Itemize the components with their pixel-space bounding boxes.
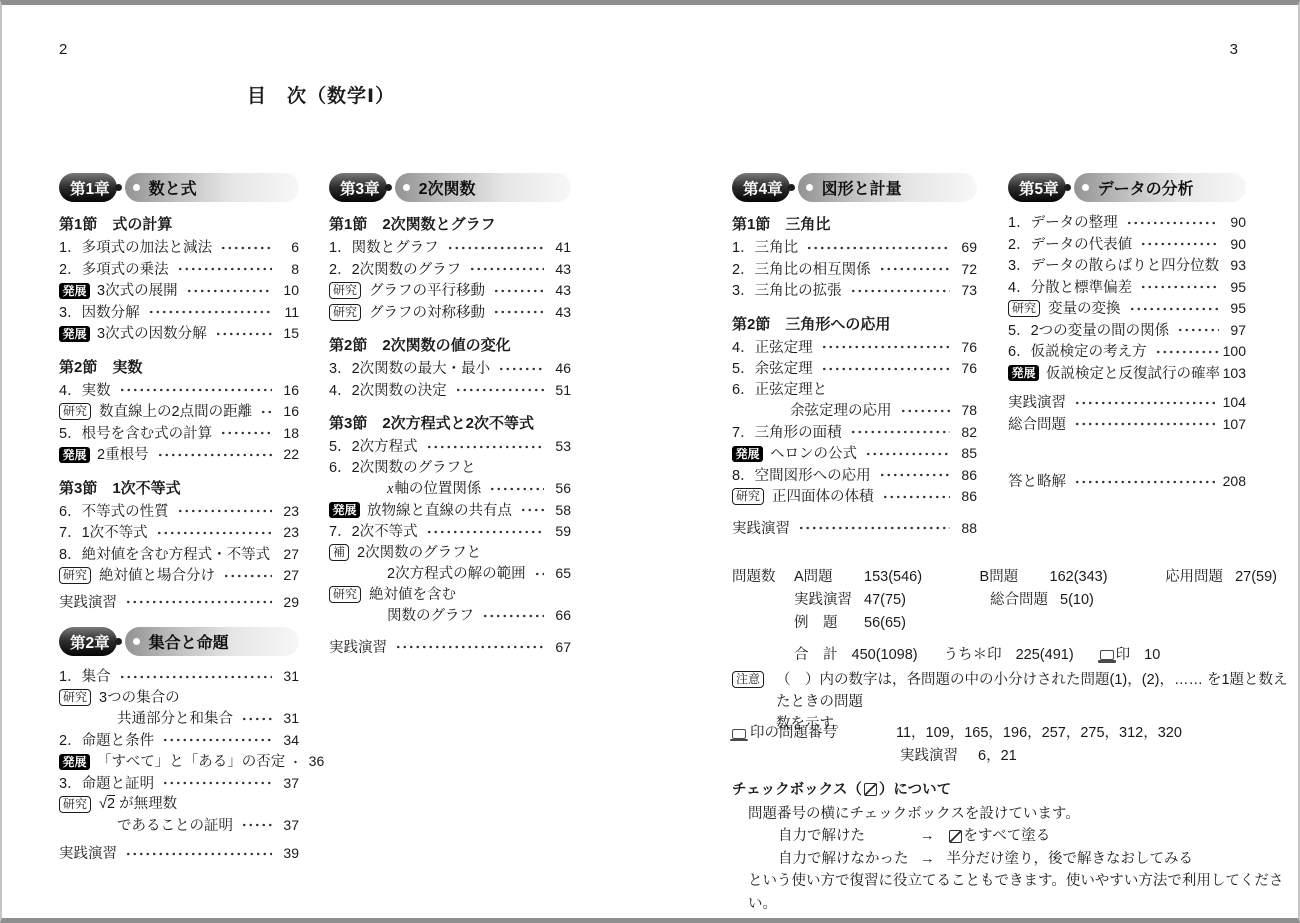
problem-count-cell: 実践演習47(75): [794, 589, 990, 612]
chapter-header: 第5章データの分析: [1008, 173, 1246, 202]
dot-leader: [819, 365, 950, 373]
page-number: 76: [955, 358, 977, 379]
dot-leader: [532, 570, 544, 578]
toc-entry: 研究絶対値と場合分け27: [59, 565, 299, 587]
count-value: 10: [1144, 644, 1160, 667]
toc-entry: 答と略解208: [1008, 471, 1246, 493]
page-number: 16: [277, 380, 299, 401]
dot-leader: [123, 598, 272, 606]
page-number: 23: [277, 501, 299, 522]
page-number: 66: [549, 605, 571, 626]
toc-entry: 実践演習67: [329, 637, 571, 659]
entry-label: 5．2つの変量の間の関係: [1008, 321, 1169, 342]
page-number: 46: [549, 358, 571, 379]
page-number: 82: [955, 422, 977, 443]
entry-label: 1．関数とグラフ: [329, 238, 439, 259]
hatten-badge: 発展: [59, 326, 90, 342]
entry-label: グラフの平行移動: [369, 281, 485, 302]
chapter-title-pill: 集合と命題: [125, 627, 299, 656]
dot-leader: [848, 287, 950, 295]
entry-label: 1．多項式の加法と減法: [59, 238, 212, 259]
section-heading: 第3節 1次不等式: [59, 478, 299, 499]
section-heading: 第2節 2次関数の値の変化: [329, 335, 571, 356]
dot-leader: [213, 330, 272, 338]
page-number: 34: [277, 730, 299, 751]
entry-label: 2重根号: [97, 445, 149, 466]
chapter-number-badge: 第1章: [59, 173, 117, 202]
page-number: 86: [955, 486, 977, 507]
checkbox-unsolved-action: 半分だけ塗り，後で解きなおしてみる: [947, 848, 1194, 871]
toc-entry: 5．2次方程式53: [329, 436, 571, 458]
arrow-icon: →: [920, 848, 935, 871]
hatten-badge: 発展: [59, 283, 90, 299]
entry-label: 6．仮説検定の考え方: [1008, 342, 1147, 363]
chapter-connector-dot: [385, 184, 392, 191]
entry-label: グラフの対称移動: [369, 303, 485, 324]
problem-count-row: 実践演習47(75)総合問題5(10): [732, 589, 1277, 612]
toc-entry: 実践演習39: [59, 843, 299, 865]
dot-leader: [218, 429, 272, 437]
page-number: 69: [955, 237, 977, 258]
toc-entry: 1．三角比69: [732, 237, 977, 259]
kenkyu-badge: 研究: [59, 567, 91, 584]
kenkyu-badge: 研究: [59, 403, 91, 420]
problem-count-heading: [732, 612, 794, 635]
entry-label: 変量の変換: [1048, 299, 1121, 320]
toc-entry: 4．2次関数の決定51: [329, 380, 571, 402]
problem-count-cell: 印10: [1100, 644, 1161, 667]
dot-leader: [518, 506, 544, 514]
toc-entry: x軸の位置関係56: [329, 478, 571, 500]
dot-leader: [877, 265, 950, 273]
count-value: 153(546): [864, 566, 922, 589]
entry-label: 2．多項式の乗法: [59, 260, 169, 281]
toc-entry: 研究正四面体の体積86: [732, 486, 977, 508]
chapter-connector-dot: [788, 184, 795, 191]
toc-entry: 6．仮説検定の考え方100: [1008, 341, 1246, 363]
problem-count-heading: 問題数: [732, 566, 794, 589]
toc-entry: 3．三角比の拡張73: [732, 280, 977, 302]
entry-label: 放物線と直線の共有点: [367, 501, 512, 522]
page-number: 56: [549, 478, 571, 499]
count-value: 56(65): [864, 612, 906, 635]
dot-leader: [154, 529, 272, 537]
kenkyu-badge: 研究: [732, 488, 764, 505]
section-heading: 第3節 2次方程式と2次不等式: [329, 413, 571, 434]
problem-count-rows: 問題数A問題153(546)B問題162(343)応用問題27(59)実践演習4…: [732, 566, 1277, 667]
toc-entry: 研究グラフの平行移動43: [329, 280, 571, 302]
count-label: 例 題: [794, 612, 864, 635]
entry-label: 3次式の展開: [97, 281, 178, 302]
entry-label: 3．データの散らばりと四分位数: [1008, 256, 1219, 277]
page-number: 72: [955, 259, 977, 280]
chapter-connector-dot: [1064, 184, 1071, 191]
marked-problems-sub-numbers: 6，21: [978, 748, 1017, 764]
toc-entry: 6．2次関数のグラフと: [329, 458, 571, 479]
chapter-connector-dot: [115, 638, 122, 645]
entry-label: 3．2次関数の最大・最小: [329, 359, 490, 380]
page-number: 97: [1224, 320, 1246, 341]
chapter-header: 第4章図形と計量: [732, 173, 977, 202]
chapter-header: 第2章集合と命題: [59, 627, 299, 656]
hatten-badge: 発展: [1008, 365, 1039, 381]
checkbox-icon: [864, 783, 877, 796]
toc-entry: 8．空間図形への応用86: [732, 465, 977, 487]
page-number: 15: [277, 323, 299, 344]
entry-label: 3．三角比の拡張: [732, 281, 842, 302]
checkbox-info-title: チェックボックス（）について: [732, 779, 1298, 802]
chapter-number-badge: 第3章: [329, 173, 387, 202]
page-number: 43: [549, 302, 571, 323]
dot-leader: [1072, 399, 1218, 407]
page-number: 16: [277, 401, 299, 422]
checkbox-info-desc: 問題番号の横にチェックボックスを設けています。: [748, 803, 1298, 826]
dot-leader: [1138, 240, 1219, 248]
note-line: （ ）内の数字は，各問題の中の小分けされた問題(1)，(2)，…… を1題と数え…: [776, 669, 1298, 713]
dot-leader: [804, 244, 950, 252]
entry-label: 3つの集合の: [99, 688, 180, 709]
entry-label: 7．三角形の面積: [732, 423, 842, 444]
count-value: 47(75): [864, 589, 906, 612]
entry-label: 2．命題と条件: [59, 731, 154, 752]
entry-label: 関数のグラフ: [387, 606, 474, 627]
page-number: 27: [277, 544, 299, 565]
toc-entry: 余弦定理の応用78: [732, 400, 977, 422]
checkbox-solved-action: をすべて塗る: [964, 825, 1051, 848]
count-value: 27(59): [1235, 566, 1277, 589]
dot-leader: [453, 386, 544, 394]
entry-label: 2．2次関数のグラフ: [329, 260, 461, 281]
dot-leader: [123, 850, 272, 858]
chapter-connector-dot: [115, 184, 122, 191]
entry-label: 実践演習: [59, 844, 117, 865]
entry-label: 5．根号を含む式の計算: [59, 424, 212, 445]
toc-entry: 5．2つの変量の間の関係97: [1008, 320, 1246, 342]
entry-label: 2次方程式の解の範囲: [387, 564, 526, 585]
page-number-right: 3: [1230, 41, 1238, 58]
dot-leader: [424, 443, 544, 451]
toc-column-2: 第3章2次関数第1節 2次関数とグラフ1．関数とグラフ412．2次関数のグラフ4…: [329, 173, 571, 658]
entry-label: 5．2次方程式: [329, 437, 418, 458]
page-number: 37: [277, 773, 299, 794]
dot-leader: [491, 308, 544, 316]
dot-leader: [1153, 348, 1218, 356]
entry-label: 2．三角比の相互関係: [732, 260, 871, 281]
page-number: 107: [1223, 414, 1246, 435]
dot-leader: [491, 287, 544, 295]
toc-entry: 2．2次関数のグラフ43: [329, 259, 571, 281]
count-label: うち＊印: [944, 644, 1002, 667]
toc-entry: 研究3つの集合の: [59, 688, 299, 709]
chapter-number-badge: 第4章: [732, 173, 790, 202]
toc-entry: 研究変量の変換95: [1008, 298, 1246, 320]
entry-label: 1．集合: [59, 667, 111, 688]
hatten-badge: 発展: [59, 447, 90, 463]
problem-count-row: 問題数A問題153(546)B問題162(343)応用問題27(59): [732, 566, 1277, 589]
entry-label: 数直線上の2点間の距離: [99, 402, 252, 423]
page-number: 100: [1223, 341, 1246, 362]
dot-leader: [1072, 420, 1218, 428]
toc-entry: 実践演習88: [732, 518, 977, 540]
toc-entry: 2．三角比の相互関係72: [732, 259, 977, 281]
checkbox-title-pre: チェックボックス（: [732, 782, 862, 798]
kenkyu-badge: 研究: [59, 689, 91, 706]
dot-leader: [863, 450, 950, 458]
entry-label: 6．正弦定理と: [732, 380, 827, 401]
dot-leader: [146, 308, 272, 316]
entry-label: 仮説検定と反復試行の確率: [1046, 364, 1220, 385]
problem-count-heading: [732, 644, 794, 667]
dot-leader: [848, 428, 950, 436]
dot-leader: [445, 244, 544, 252]
entry-label: 3次式の因数分解: [97, 324, 207, 345]
count-label: 総合問題: [990, 589, 1060, 612]
dot-leader: [117, 386, 272, 394]
page-number: 37: [277, 815, 299, 836]
dot-leader: [487, 485, 544, 493]
page-number: 53: [549, 436, 571, 457]
page-number: 29: [277, 592, 299, 613]
page-number: 93: [1224, 255, 1246, 276]
problem-count-cell: うち＊印225(491): [944, 644, 1074, 667]
entry-label: 絶対値と場合分け: [99, 566, 215, 587]
checkbox-solved-line: 自力で解けた → をすべて塗る: [778, 825, 1298, 848]
marked-problems-sub-label: 実践演習: [900, 748, 958, 764]
page-number: 22: [277, 444, 299, 465]
page-title: 目 次（数学Ⅰ）: [247, 81, 395, 108]
entry-label: であることの証明: [117, 816, 233, 837]
count-label: B問題: [980, 566, 1050, 589]
count-label: A問題: [794, 566, 864, 589]
dot-leader: [393, 643, 544, 651]
page-number: 8: [277, 259, 299, 280]
entry-label: 8．空間図形への応用: [732, 466, 871, 487]
hatten-badge: 発展: [59, 754, 90, 770]
chapter-title-dot: [1082, 184, 1089, 191]
problem-count-cell: 応用問題27(59): [1165, 566, 1277, 589]
entry-label: x軸の位置関係: [387, 479, 481, 500]
kenkyu-badge: 研究: [1008, 300, 1040, 317]
toc-entry: 1．関数とグラフ41: [329, 237, 571, 259]
entry-label: 4．実数: [59, 381, 111, 402]
toc-entry: 7．2次不等式59: [329, 521, 571, 543]
toc-entry: 8．絶対値を含む方程式・不等式27: [59, 544, 299, 566]
problem-count-total-row: 合 計450(1098)うち＊印225(491)印10: [732, 644, 1277, 667]
entry-label: 7．1次不等式: [59, 523, 148, 544]
entry-label: 絶対値を含む: [369, 585, 456, 606]
toc-entry: 2．データの代表値90: [1008, 234, 1246, 256]
dot-leader: [239, 821, 272, 829]
count-value: 5(10): [1060, 589, 1094, 612]
dot-leader: [155, 451, 272, 459]
toc-entry: 実践演習29: [59, 592, 299, 614]
hatten-badge: 発展: [732, 446, 763, 462]
page-number: 31: [277, 666, 299, 687]
entry-label: 8．絶対値を含む方程式・不等式: [59, 545, 270, 566]
dot-leader: [221, 572, 272, 580]
page-number: 95: [1224, 277, 1246, 298]
problem-count-cell: 合 計450(1098): [794, 644, 918, 667]
dot-leader: [480, 612, 544, 620]
entry-label: 実践演習: [329, 638, 387, 659]
page-number: 43: [549, 280, 571, 301]
page-number: 31: [277, 708, 299, 729]
chapter-number-badge: 第5章: [1008, 173, 1066, 202]
kenkyu-badge: 研究: [329, 304, 361, 321]
entry-label: ヘロンの公式: [770, 444, 857, 465]
problem-count-cell: 総合問題5(10): [990, 589, 1094, 612]
page-number: 51: [549, 380, 571, 401]
toc-entry: 研究数直線上の2点間の距離16: [59, 401, 299, 423]
dot-leader: [291, 758, 297, 766]
page-number: 39: [277, 843, 299, 864]
section-heading: 第1節 2次関数とグラフ: [329, 214, 571, 235]
entry-label: √2 が無理数: [99, 794, 177, 815]
page-number: 58: [549, 500, 571, 521]
toc-entry: 発展2重根号22: [59, 444, 299, 466]
entry-label: 2．データの代表値: [1008, 235, 1132, 256]
toc-column-3: 第4章図形と計量第1節 三角比1．三角比692．三角比の相互関係723．三角比の…: [732, 173, 977, 539]
dot-leader: [880, 493, 950, 501]
toc-entry: 共通部分と和集合31: [59, 708, 299, 730]
page-number: 36: [302, 751, 324, 772]
dot-leader: [1138, 283, 1219, 291]
entry-label: 5．余弦定理: [732, 359, 813, 380]
entry-label: 正四面体の体積: [772, 487, 874, 508]
page-number: 104: [1223, 392, 1246, 413]
entry-label: 「すべて」と「ある」の否定: [97, 752, 285, 773]
toc-entry: 7．1次不等式23: [59, 522, 299, 544]
entry-label: 4．正弦定理: [732, 338, 813, 359]
section-heading: 第2節 三角形への応用: [732, 314, 977, 335]
page-number: 67: [549, 637, 571, 658]
dot-leader: [239, 715, 272, 723]
toc-entry: 発展「すべて」と「ある」の否定36: [59, 751, 299, 773]
toc-entry: 6．不等式の性質23: [59, 501, 299, 523]
problem-count-cell: 例 題56(65): [794, 612, 906, 635]
checkbox-info-block: チェックボックス（）について 問題番号の横にチェックボックスを設けています。 自…: [732, 779, 1298, 915]
count-label: 応用問題: [1165, 566, 1235, 589]
dot-leader: [160, 779, 272, 787]
entry-label: 7．2次不等式: [329, 522, 418, 543]
toc-entry: 研究絶対値を含む: [329, 585, 571, 606]
checkbox-unsolved-line: 自力で解けなかった → 半分だけ塗り，後で解きなおしてみる: [778, 848, 1298, 871]
entry-label: 4．2次関数の決定: [329, 381, 447, 402]
count-value: 450(1098): [852, 644, 918, 667]
chapter-title-pill: 図形と計量: [798, 173, 977, 202]
toc-entry: 発展3次式の因数分解15: [59, 323, 299, 345]
toc-entry: 3．命題と証明37: [59, 773, 299, 795]
entry-label: 答と略解: [1008, 472, 1066, 493]
entry-label: 4．分散と標準偏差: [1008, 278, 1132, 299]
checkbox-solved-label: 自力で解けた: [778, 825, 920, 848]
page-number: 103: [1223, 363, 1246, 384]
toc-entry: 総合問題107: [1008, 414, 1246, 436]
checkbox-unsolved-label: 自力で解けなかった: [778, 848, 920, 871]
toc-entry: 4．分散と標準偏差95: [1008, 277, 1246, 299]
toc-entry: 3．因数分解11: [59, 302, 299, 324]
hatten-badge: 発展: [329, 502, 360, 518]
entry-label: 3．因数分解: [59, 303, 140, 324]
section-heading: 第1節 三角比: [732, 214, 977, 235]
marked-problems-block: 印の問題番号 11，109，165，196，257，275，312，320 実践…: [732, 722, 1182, 768]
dot-leader: [1175, 326, 1219, 334]
dot-leader: [184, 287, 272, 295]
kenkyu-badge: 研究: [59, 796, 91, 813]
toc-entry: 研究√2 が無理数: [59, 794, 299, 815]
toc-entry: 6．正弦定理と: [732, 380, 977, 401]
chapter-title-pill: 2次関数: [395, 173, 571, 202]
entry-label: 6．不等式の性質: [59, 502, 169, 523]
count-label: 印: [1100, 644, 1131, 667]
problem-count-cell: B問題162(343): [980, 566, 1166, 589]
entry-label: 1．三角比: [732, 238, 798, 259]
problem-count-block: 問題数A問題153(546)B問題162(343)応用問題27(59)実践演習4…: [732, 566, 1277, 667]
checkbox-title-post: ）について: [879, 782, 951, 798]
dot-leader: [175, 265, 272, 273]
kenkyu-badge: 研究: [329, 586, 361, 603]
page-number: 41: [549, 237, 571, 258]
dot-leader: [218, 244, 272, 252]
toc-entry: 1．データの整理90: [1008, 212, 1246, 234]
page-number: 6: [277, 237, 299, 258]
dot-leader: [467, 265, 544, 273]
chapter-title-dot: [133, 638, 140, 645]
page-number: 88: [955, 518, 977, 539]
toc-entry: 発展仮説検定と反復試行の確率103: [1008, 363, 1246, 385]
dot-leader: [1072, 478, 1218, 486]
dot-leader: [117, 673, 272, 681]
marked-problems-label: 印の問題番号: [750, 722, 896, 745]
entry-label: 6．2次関数のグラフと: [329, 458, 476, 479]
chapter-title-dot: [806, 184, 813, 191]
entry-label: 総合問題: [1008, 415, 1066, 436]
count-label: 合 計: [794, 644, 838, 667]
chapter-title-pill: データの分析: [1074, 173, 1246, 202]
entry-label: 1．データの整理: [1008, 213, 1118, 234]
chapter-title-dot: [133, 184, 140, 191]
chui-badge: 注意: [732, 671, 764, 688]
page-number: 90: [1224, 212, 1246, 233]
entry-label: 実践演習: [732, 519, 790, 540]
dot-leader: [175, 507, 272, 515]
page-number: 18: [277, 423, 299, 444]
dot-leader: [160, 736, 272, 744]
toc-entry: 関数のグラフ66: [329, 605, 571, 627]
problem-count-row: 例 題56(65): [732, 612, 1277, 635]
page-number: 23: [277, 522, 299, 543]
dot-leader: [258, 408, 272, 416]
toc-entry: 発展ヘロンの公式85: [732, 443, 977, 465]
arrow-icon: →: [920, 825, 935, 848]
section-heading: 第1節 式の計算: [59, 214, 299, 235]
checkbox-info-closing: という使い方で復習に役立てることもできます。使いやすい方法で利用してください。: [748, 870, 1298, 915]
page-number: 208: [1223, 471, 1246, 492]
chapter-header: 第3章2次関数: [329, 173, 571, 202]
chapter-title-dot: [403, 184, 410, 191]
toc-entry: 5．根号を含む式の計算18: [59, 423, 299, 445]
toc-entry: 1．多項式の加法と減法6: [59, 237, 299, 259]
count-value: 225(491): [1016, 644, 1074, 667]
toc-entry: 7．三角形の面積82: [732, 422, 977, 444]
dot-leader: [496, 365, 544, 373]
count-label: 実践演習: [794, 589, 864, 612]
toc-entry: 2次方程式の解の範囲65: [329, 563, 571, 585]
entry-label: 3．命題と証明: [59, 774, 154, 795]
page-number: 73: [955, 280, 977, 301]
chapter-title-pill: 数と式: [125, 173, 299, 202]
toc-entry: 4．正弦定理76: [732, 337, 977, 359]
